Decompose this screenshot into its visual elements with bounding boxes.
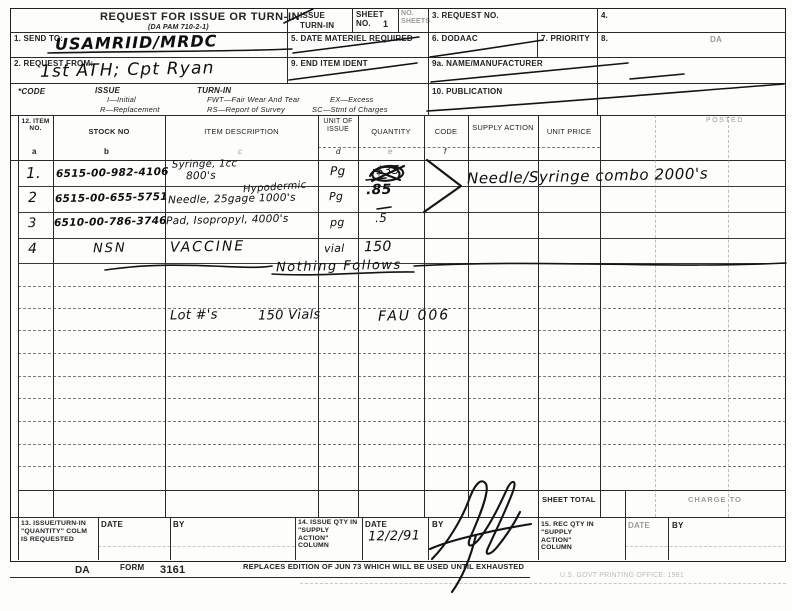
- footer-form-word: FORM: [120, 563, 144, 572]
- box8-da-text: DA: [710, 35, 722, 44]
- grid-line: [18, 490, 786, 491]
- issue-checkbox-label: ISSUE: [300, 11, 325, 20]
- grid-line: [537, 32, 538, 57]
- grid-line: [428, 517, 429, 560]
- grid-line: [625, 490, 626, 560]
- col-header-item-description: ITEM DESCRIPTION: [165, 128, 318, 137]
- sec13-by-label: BY: [173, 520, 185, 529]
- grid-line: [295, 517, 296, 560]
- legend-issue-replacement: R—Replacement: [100, 106, 160, 115]
- no-sheets-label: NO. SHEETS: [401, 10, 427, 26]
- grid-line: [18, 238, 786, 239]
- footer-gpo-text: U.S. GOVT PRINTING OFFICE: 1981: [560, 572, 684, 580]
- sec15-by-label: BY: [672, 521, 684, 530]
- sheet-no-value: 1: [383, 19, 388, 29]
- grid-line: [98, 517, 99, 560]
- row1-unit-of-issue: Pg: [330, 164, 346, 178]
- col-letter-d: d: [336, 147, 341, 156]
- turnin-checkbox-label: TURN-IN: [300, 21, 334, 30]
- box8-label: 8.: [601, 34, 608, 43]
- sec15-label: 15. REC QTY IN "SUPPLY ACTION" COLUMN: [541, 521, 603, 552]
- grid-line: [358, 115, 359, 517]
- grid-line: [18, 330, 786, 331]
- footer-da: DA: [75, 565, 90, 577]
- row1-description-line1: Syringe, 1cc: [172, 158, 238, 170]
- grid-line: [18, 398, 786, 399]
- col-header-item-no: 12. ITEM NO.: [19, 118, 52, 133]
- row3-stock-no: 6510-00-786-3746: [54, 215, 167, 229]
- grid-line: [18, 466, 786, 467]
- sheet-total-label: SHEET TOTAL: [542, 496, 596, 505]
- grid-line: [18, 353, 786, 354]
- grid-line: [10, 160, 786, 161]
- footer-form-number: 3161: [160, 564, 185, 577]
- row4-unit-of-issue: vial: [324, 242, 345, 255]
- grid-line: [18, 186, 786, 187]
- da-form-3161-scan: REQUEST FOR ISSUE OR TURN-IN (DA PAM 710…: [0, 0, 792, 611]
- legend-rs: RS—Report of Survey: [207, 106, 285, 115]
- row4-item-no: 4: [28, 241, 38, 257]
- sec13-label: 13. ISSUE/TURN-IN "QUANTITY" COLM IS REQ…: [21, 520, 95, 543]
- grid-line: [318, 147, 600, 148]
- legend-sc: SC—Stmt of Charges: [312, 106, 388, 115]
- request-from-value-handwritten: 1st ATH; Cpt Ryan: [40, 58, 215, 82]
- row3-quantity: .5: [375, 211, 387, 225]
- grid-line: [170, 517, 171, 560]
- col-header-posted: POSTED: [706, 117, 744, 125]
- sec14-by-label: BY: [432, 520, 444, 529]
- legend-ex: EX—Excess: [330, 96, 373, 105]
- grid-line: [18, 444, 786, 445]
- grid-line: [352, 8, 353, 32]
- sheet-no-label: NO.: [356, 19, 371, 28]
- row1-quantity-struck: $35: [376, 163, 400, 177]
- nothing-follows-annotation: Nothing Follows: [276, 258, 402, 276]
- grid-line: [625, 546, 786, 547]
- row2-item-no: 2: [28, 190, 38, 206]
- sec14-label: 14. ISSUE QTY IN "SUPPLY ACTION" COLUMN: [298, 519, 360, 550]
- grid-line: [10, 115, 786, 116]
- send-to-value-handwritten: USAMRIID/MRDC: [55, 31, 218, 53]
- col-header-code: CODE: [424, 128, 468, 137]
- row4-stock-no: NSN: [93, 241, 127, 257]
- col-letter-c: c: [238, 147, 242, 156]
- grid-line: [597, 8, 598, 115]
- grid-line: [362, 517, 363, 560]
- publication-label: 10. PUBLICATION: [432, 87, 502, 96]
- sec15-date-label: DATE: [628, 521, 650, 530]
- col-letter-e: e: [388, 147, 393, 156]
- request-no-label: 3. REQUEST NO.: [432, 11, 499, 20]
- col-header-quantity: QUANTITY: [358, 128, 424, 137]
- grid-line: [10, 83, 786, 84]
- grid-line: [398, 8, 399, 32]
- col-letter-a: a: [32, 147, 37, 156]
- grid-line: [538, 517, 539, 560]
- grid-line: [18, 421, 786, 422]
- col-header-stock-no: STOCK NO: [53, 128, 165, 137]
- lot-code-annotation: FAU 006: [378, 307, 451, 325]
- grid-line: [18, 376, 786, 377]
- grid-line: [668, 517, 669, 560]
- lot-quantity-annotation: 150 Vials: [258, 307, 321, 323]
- date-materiel-label: 5. DATE MATERIEL REQUIRED: [291, 34, 413, 43]
- sec14-date-value-handwritten: 12/2/91: [368, 528, 421, 544]
- dodaac-label: 6. DODAAC: [432, 34, 478, 43]
- grid-line: [300, 583, 786, 584]
- grid-line: [10, 517, 786, 518]
- priority-label: 7. PRIORITY: [541, 34, 590, 43]
- grid-line: [18, 115, 19, 560]
- row1-item-no: 1.: [26, 164, 41, 182]
- grid-line: [98, 546, 295, 547]
- lot-label-annotation: Lot #'s: [170, 308, 218, 324]
- legend-issue-label: ISSUE: [95, 86, 120, 95]
- legend-fwt: FWT—Fair Wear And Tear: [207, 96, 300, 105]
- row3-unit-of-issue: pg: [330, 216, 345, 229]
- end-item-label: 9. END ITEM IDENT: [291, 59, 368, 68]
- col-letter-b: b: [104, 147, 109, 156]
- row3-description: Pad, Isopropyl, 4000's: [166, 213, 289, 228]
- legend-issue-initial: I—Initial: [107, 96, 136, 105]
- row3-item-no: 3: [28, 216, 37, 231]
- charge-to-label: CHARGE TO: [688, 496, 742, 505]
- row4-quantity: 150: [364, 239, 392, 256]
- row2-stock-no: 6515-00-655-5751: [55, 191, 168, 205]
- grid-line: [18, 286, 786, 287]
- row4-description: VACCINE: [170, 238, 246, 256]
- grid-line: [53, 115, 54, 517]
- sec14-date-label: DATE: [365, 520, 387, 529]
- col-header-unit-price: UNIT PRICE: [538, 128, 600, 137]
- sheet-label: SHEET: [356, 10, 384, 19]
- legend-turnin-label: TURN-IN: [197, 86, 231, 95]
- grid-line: [10, 57, 786, 58]
- code-legend-label: *CODE: [18, 87, 45, 96]
- row1-stock-no: 6515-00-982-4106: [56, 166, 169, 180]
- grid-line: [18, 212, 786, 213]
- row2-quantity: .85: [366, 182, 392, 199]
- page-title: REQUEST FOR ISSUE OR TURN-IN: [100, 11, 300, 24]
- sec13-date-label: DATE: [101, 520, 123, 529]
- col-header-unit-of-issue: UNIT OF ISSUE: [319, 118, 357, 134]
- name-manufacturer-label: 9a. NAME/MANUFACTURER: [432, 59, 543, 68]
- voucher-box-label: 4.: [601, 11, 608, 20]
- form-outer-border: [10, 8, 786, 562]
- grid-line: [10, 577, 530, 578]
- row2-unit-of-issue: Pg: [329, 190, 343, 203]
- col-letter-f: f: [444, 147, 446, 156]
- row1-description-line2: 800's: [186, 170, 216, 183]
- col-header-supply-action: SUPPLY ACTION: [470, 124, 536, 133]
- grid-line: [728, 115, 729, 517]
- grid-line: [18, 263, 786, 264]
- footer-replaces-text: REPLACES EDITION OF JUN 73 WHICH WILL BE…: [243, 563, 524, 572]
